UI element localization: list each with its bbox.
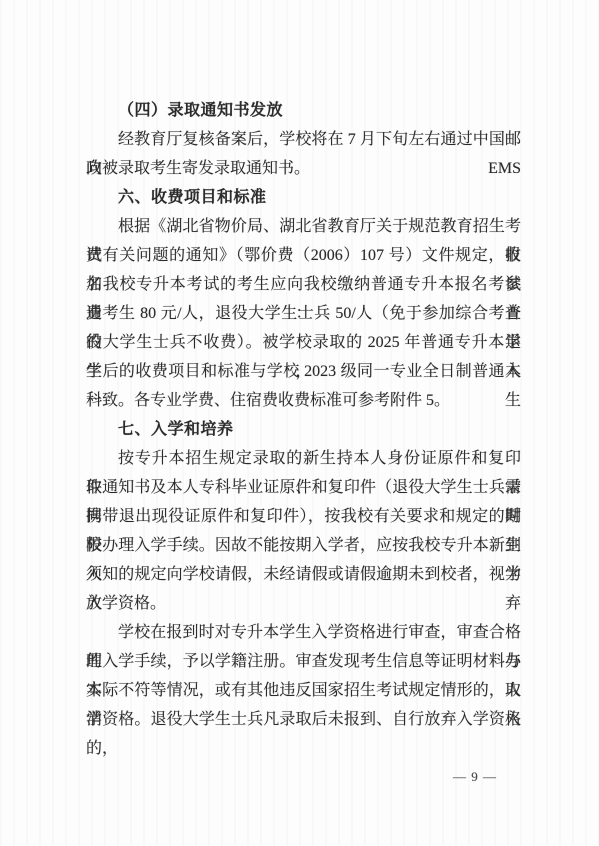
paragraph-line: 学资格。退役大学生士兵凡录取后未报到、自行放弃入学资格的， xyxy=(86,705,521,734)
paragraph-line: 根据《湖北省物价局、湖北省教育厅关于规范教育招生考试收 xyxy=(86,212,521,241)
paragraph-line: 取通知书及本人专科毕业证原件和复印件（退役大学生士兵需同时 xyxy=(86,473,521,502)
section-heading: 六、收费项目和标准 xyxy=(86,183,521,212)
paragraph-line: 须知的规定向学校请假，未经请假或请假逾期未到校者，视为放弃 xyxy=(86,560,521,589)
paragraph-line: 经教育厅复核备案后，学校将在 7 月下旬左右通过中国邮政 EMS xyxy=(86,125,521,154)
paragraph-line: 携带退出现役证原件和复印件），按我校有关要求和规定的期限到 xyxy=(86,502,521,531)
page-number: — 9 — xyxy=(450,769,500,785)
section-heading: （四）录取通知书发放 xyxy=(86,96,521,125)
document-page: （四）录取通知书发放经教育厅复核备案后，学校将在 7 月下旬左右通过中国邮政 E… xyxy=(0,0,599,846)
paragraph-line: 理入学手续，予以学籍注册。审查发现考生信息等证明材料与本人 xyxy=(86,647,521,676)
paragraph-line: 校办理入学手续。因故不能按期入学者，应按我校专升本新生入学 xyxy=(86,531,521,560)
document-body: （四）录取通知书发放经教育厅复核备案后，学校将在 7 月下旬左右通过中国邮政 E… xyxy=(86,96,521,734)
paragraph-line: 加我校专升本考试的考生应向我校缴纳普通专升本报名考试费：普 xyxy=(86,270,521,299)
paragraph-line: 按专升本招生规定录取的新生持本人身份证原件和复印件、录 xyxy=(86,444,521,473)
paragraph-line: 学后的收费项目和标准与学校 2023 级同一专业全日制普通本科生 xyxy=(86,357,521,386)
section-heading: 七、入学和培养 xyxy=(86,415,521,444)
paragraph-line: 通考生 80 元/人，退役大学生士兵 50/人（免于参加综合考查的退 xyxy=(86,299,521,328)
paragraph-line: 实际不符等情况，或有其他违反国家招生考试规定情形的，取消入 xyxy=(86,676,521,705)
paragraph-line: 费有关问题的通知》（鄂价费（2006）107 号）文件规定，报名参 xyxy=(86,241,521,270)
paragraph-line: 役大学生士兵不收费）。被学校录取的 2025 年普通专升本学生，入 xyxy=(86,328,521,357)
paragraph-line: 学校在报到时对专升本学生入学资格进行审查，审查合格的办 xyxy=(86,618,521,647)
